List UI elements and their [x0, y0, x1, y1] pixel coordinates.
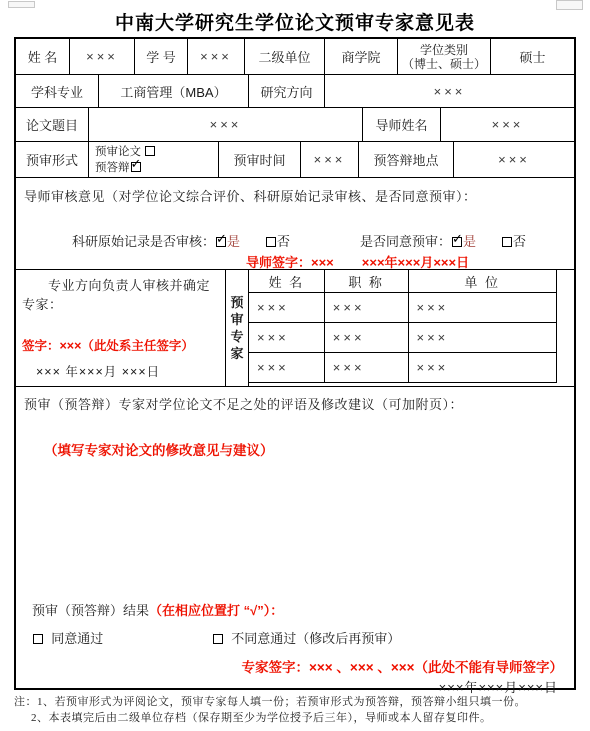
result-options: 同意通过 不同意通过（修改后再预审） — [32, 628, 552, 647]
option-pass[interactable]: 同意通过 — [32, 631, 103, 646]
expert-title-header: 职 称 — [325, 270, 409, 292]
record-check-label: 科研原始记录是否审核： — [72, 234, 215, 249]
checkbox-unchecked-icon[interactable] — [33, 634, 43, 644]
expert-name-value[interactable]: ××× — [249, 323, 325, 352]
option-pre-defense[interactable]: 预答辩 — [95, 160, 142, 176]
form-table: 姓 名 ××× 学 号 ××× 二级单位 商学院 学位类别 （博士、硕士） 硕士… — [14, 37, 576, 690]
record-check-group: 科研原始记录是否审核：是否 — [72, 231, 290, 250]
advisor-checkline: 科研原始记录是否审核：是否 是否同意预审：是否 — [16, 231, 574, 247]
experts-table: 姓 名 职 称 单 位 ××× ××× ××× ××× ××× ××× ××× … — [249, 270, 557, 383]
review-form-label: 预审形式 — [16, 142, 89, 177]
thesis-title-label: 论文题目 — [16, 108, 89, 141]
page-title: 中南大学研究生学位论文预审专家意见表 — [0, 8, 590, 35]
unit-label: 二级单位 — [245, 39, 325, 74]
checkbox-checked-icon[interactable] — [131, 162, 141, 172]
expert-org-header: 单 位 — [409, 270, 556, 292]
expert-org-value[interactable]: ××× — [409, 293, 556, 322]
advisor-name-label: 导师姓名 — [363, 108, 441, 141]
row-comments-result: 预审（预答辩）专家对学位论文不足之处的评语及修改建议（可加附页）： （填写专家对… — [16, 387, 574, 692]
experts-vertical-label-cell: 预审专家 — [226, 270, 249, 386]
footnote-2: 2、本表填完后由二级单位存档（保存期至少为学位授予后三年），导师或本人留存复印件… — [14, 710, 576, 726]
row-experts: 专业方向负责人审核并确定专家： 签字：×××（此处系主任签字） ××× 年×××… — [16, 270, 574, 387]
option-review-paper[interactable]: 预审论文 — [95, 144, 156, 160]
footnote-1: 注：1、若预审形式为评阅论文，预审专家每人填一份；若预审形式为预答辩，预答辩小组… — [14, 694, 576, 710]
record-check-yes: 是 — [227, 234, 240, 249]
advisor-opinion-block: 导师审核意见（对学位论文综合评价、科研原始记录审核、是否同意预审）： 科研原始记… — [16, 178, 574, 269]
experts-table-area: 姓 名 职 称 单 位 ××× ××× ××× ××× ××× ××× ××× … — [249, 270, 574, 386]
name-label: 姓 名 — [16, 39, 70, 74]
agree-review-no: 否 — [513, 234, 526, 249]
expert-name-header: 姓 名 — [249, 270, 325, 292]
advisor-signature[interactable]: 导师签字：××× — [246, 255, 334, 270]
checkbox-unchecked-icon[interactable] — [145, 146, 155, 156]
review-time-value[interactable]: ××× — [301, 142, 359, 177]
director-signature[interactable]: 签字：×××（此处系主任签字） — [22, 336, 194, 354]
result-hint: （在相应位置打 “√”）： — [149, 603, 283, 618]
checkbox-unchecked-icon[interactable] — [266, 237, 276, 247]
agree-review-yes: 是 — [463, 234, 476, 249]
row-basic-info: 姓 名 ××× 学 号 ××× 二级单位 商学院 学位类别 （博士、硕士） 硕士 — [16, 39, 574, 75]
expert-name-value[interactable]: ××× — [249, 353, 325, 382]
advisor-name-value[interactable]: ××× — [441, 108, 574, 141]
expert-title-value[interactable]: ××× — [325, 293, 409, 322]
degree-type-value[interactable]: 硕士 — [491, 39, 574, 74]
name-value[interactable]: ××× — [70, 39, 135, 74]
expert-org-value[interactable]: ××× — [409, 323, 556, 352]
option-pre-defense-label: 预答辩 — [95, 162, 130, 174]
review-time-label: 预审时间 — [219, 142, 301, 177]
expert-row: ××× ××× ××× — [249, 323, 556, 353]
student-id-label: 学 号 — [135, 39, 188, 74]
defense-place-value[interactable]: ××× — [454, 142, 574, 177]
director-confirm-text: 专业方向负责人审核并确定专家： — [22, 276, 219, 314]
advisor-signature-line: 导师签字：××××××年×××月×××日 — [246, 252, 469, 271]
degree-type-label-line1: 学位类别 — [420, 43, 468, 57]
degree-type-label: 学位类别 （博士、硕士） — [398, 39, 491, 74]
director-signature-date[interactable]: ××× 年×××月 ×××日 — [36, 362, 160, 380]
comments-heading: 预审（预答辩）专家对学位论文不足之处的评语及修改建议（可加附页）： — [24, 394, 463, 413]
row-advisor-opinion: 导师审核意见（对学位论文综合评价、科研原始记录审核、是否同意预审）： 科研原始记… — [16, 178, 574, 270]
agree-review-label: 是否同意预审： — [360, 234, 451, 249]
major-value[interactable]: 工商管理（MBA） — [99, 75, 249, 107]
advisor-signature-date[interactable]: ×××年×××月×××日 — [362, 255, 469, 270]
unit-value[interactable]: 商学院 — [325, 39, 398, 74]
row-review-form: 预审形式 预审论文 预答辩 预审时间 ××× 预答辩地点 ××× — [16, 142, 574, 178]
advisor-opinion-heading: 导师审核意见（对学位论文综合评价、科研原始记录审核、是否同意预审）： — [24, 186, 477, 205]
comments-block: 预审（预答辩）专家对学位论文不足之处的评语及修改建议（可加附页）： （填写专家对… — [16, 387, 574, 692]
expert-name-value[interactable]: ××× — [249, 293, 325, 322]
expert-signature-line[interactable]: 专家签字：××× 、××× 、×××（此处不能有导师签字） — [242, 656, 563, 676]
record-check-no: 否 — [277, 234, 290, 249]
expert-title-value[interactable]: ××× — [325, 323, 409, 352]
expert-org-value[interactable]: ××× — [409, 353, 556, 382]
page-margin-mark-left — [8, 1, 35, 8]
degree-type-label-line2: （博士、硕士） — [402, 57, 486, 71]
checkbox-checked-icon[interactable] — [452, 237, 462, 247]
expert-row: ××× ××× ××× — [249, 353, 556, 383]
defense-place-label: 预答辩地点 — [359, 142, 454, 177]
agree-review-group: 是否同意预审：是否 — [360, 231, 526, 250]
review-form-options: 预审论文 预答辩 — [89, 142, 219, 177]
footnotes: 注：1、若预审形式为评阅论文，预审专家每人填一份；若预审形式为预答辩，预答辩小组… — [14, 694, 576, 726]
comments-hint: （填写专家对论文的修改意见与建议） — [44, 439, 274, 459]
expert-title-value[interactable]: ××× — [325, 353, 409, 382]
student-id-value[interactable]: ××× — [188, 39, 245, 74]
option-fail-label: 不同意通过（修改后再预审） — [231, 631, 400, 646]
checkbox-unchecked-icon[interactable] — [213, 634, 223, 644]
research-direction-label: 研究方向 — [249, 75, 325, 107]
director-confirm-cell: 专业方向负责人审核并确定专家： 签字：×××（此处系主任签字） ××× 年×××… — [16, 270, 226, 386]
expert-row: ××× ××× ××× — [249, 293, 556, 323]
result-label: 预审（预答辩）结果 — [32, 603, 149, 618]
checkbox-unchecked-icon[interactable] — [502, 237, 512, 247]
research-direction-value[interactable]: ××× — [325, 75, 574, 107]
thesis-title-value[interactable]: ××× — [89, 108, 363, 141]
result-line: 预审（预答辩）结果（在相应位置打 “√”）： — [32, 600, 283, 619]
row-major: 学科专业 工商管理（MBA） 研究方向 ××× — [16, 75, 574, 108]
experts-header-row: 姓 名 职 称 单 位 — [249, 270, 556, 293]
experts-vertical-label: 预审专家 — [230, 294, 244, 362]
row-thesis: 论文题目 ××× 导师姓名 ××× — [16, 108, 574, 142]
option-pass-label: 同意通过 — [51, 631, 103, 646]
major-label: 学科专业 — [16, 75, 99, 107]
checkbox-checked-icon[interactable] — [216, 237, 226, 247]
option-fail[interactable]: 不同意通过（修改后再预审） — [212, 628, 400, 647]
